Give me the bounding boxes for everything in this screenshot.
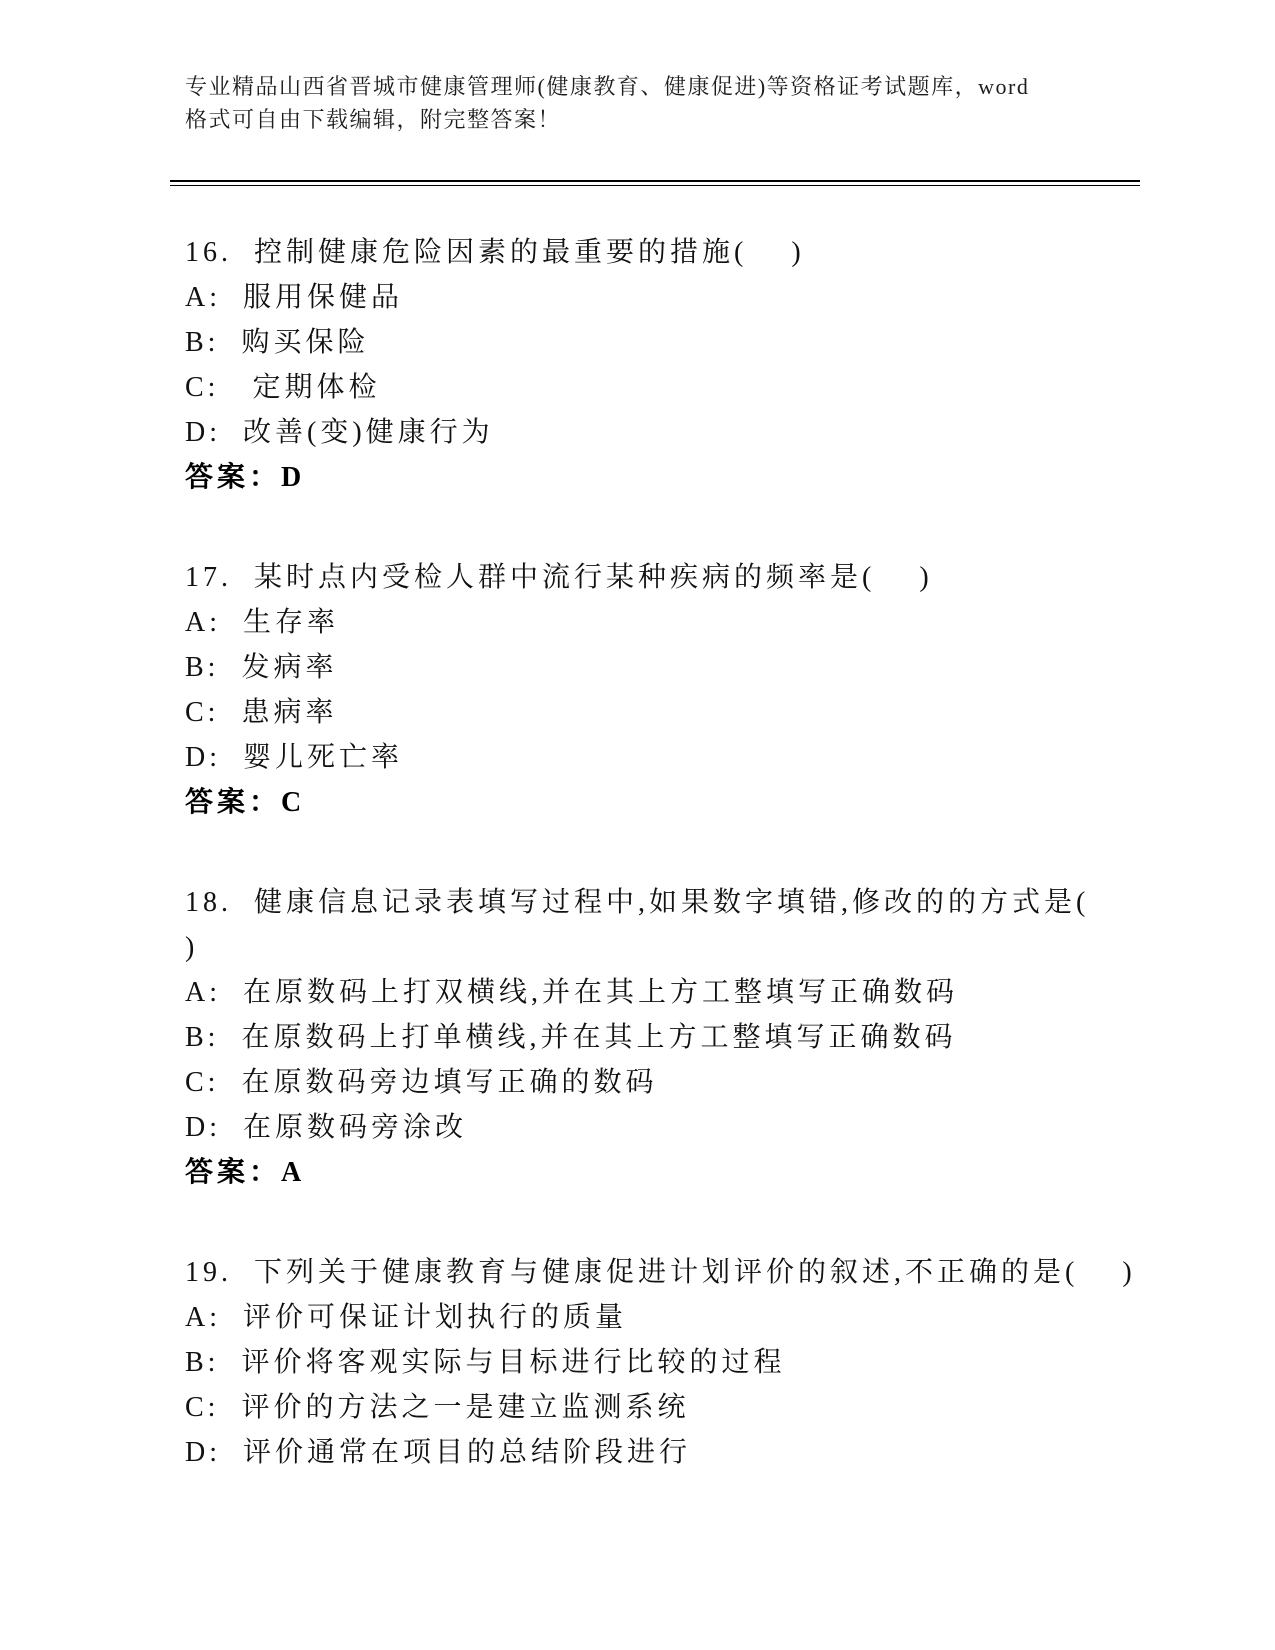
option-line: B: 发病率 [185,645,1140,690]
question-title: 16. 控制健康危险因素的最重要的措施( ) [185,230,1140,275]
question-title-line: 17. 某时点内受检人群中流行某种疾病的频率是( ) [185,555,1140,600]
question-options: A: 评价可保证计划执行的质量B: 评价将客观实际与目标进行比较的过程C: 评价… [185,1295,1140,1475]
option-line: A: 服用保健品 [185,275,1140,320]
option-line: B: 在原数码上打单横线,并在其上方工整填写正确数码 [185,1015,1140,1060]
option-line: D: 在原数码旁涂改 [185,1105,1140,1150]
header-double-rule [170,180,1140,186]
question-title-line: 19. 下列关于健康教育与健康促进计划评价的叙述,不正确的是( ) [185,1250,1140,1295]
option-line: A: 在原数码上打双横线,并在其上方工整填写正确数码 [185,970,1140,1015]
question-block: 17. 某时点内受检人群中流行某种疾病的频率是( ) A: 生存率B: 发病率C… [185,555,1140,825]
option-line: C: 患病率 [185,690,1140,735]
question-title: 17. 某时点内受检人群中流行某种疾病的频率是( ) [185,555,1140,600]
question-block: 16. 控制健康危险因素的最重要的措施( ) A: 服用保健品B: 购买保险C:… [185,230,1140,500]
option-line: C: 在原数码旁边填写正确的数码 [185,1060,1140,1105]
question-title-line: 16. 控制健康危险因素的最重要的措施( ) [185,230,1140,275]
answer-line: 答案：A [185,1150,1140,1195]
question-block: 19. 下列关于健康教育与健康促进计划评价的叙述,不正确的是( ) A: 评价可… [185,1250,1140,1475]
header-line: 格式可自由下载编辑，附完整答案！ [185,103,1140,136]
question-title: 18. 健康信息记录表填写过程中,如果数字填错,修改的的方式是() [185,880,1140,970]
answer-line: 答案：D [185,455,1140,500]
option-line: D: 婴儿死亡率 [185,735,1140,780]
option-line: A: 生存率 [185,600,1140,645]
option-line: A: 评价可保证计划执行的质量 [185,1295,1140,1340]
questions-list: 16. 控制健康危险因素的最重要的措施( ) A: 服用保健品B: 购买保险C:… [185,230,1140,1475]
header-line: 专业精品山西省晋城市健康管理师(健康教育、健康促进)等资格证考试题库，word [185,70,1140,103]
option-line: B: 评价将客观实际与目标进行比较的过程 [185,1340,1140,1385]
question-options: A: 服用保健品B: 购买保险C: 定期体检D: 改善(变)健康行为 [185,275,1140,455]
question-block: 18. 健康信息记录表填写过程中,如果数字填错,修改的的方式是() A: 在原数… [185,880,1140,1195]
question-options: A: 在原数码上打双横线,并在其上方工整填写正确数码B: 在原数码上打单横线,并… [185,970,1140,1150]
option-line: D: 改善(变)健康行为 [185,410,1140,455]
answer-line: 答案：C [185,780,1140,825]
option-line: C: 评价的方法之一是建立监测系统 [185,1385,1140,1430]
question-title: 19. 下列关于健康教育与健康促进计划评价的叙述,不正确的是( ) [185,1250,1140,1295]
option-line: D: 评价通常在项目的总结阶段进行 [185,1430,1140,1475]
question-title-line: ) [185,925,1140,970]
question-title-line: 18. 健康信息记录表填写过程中,如果数字填错,修改的的方式是( [185,880,1140,925]
document-header: 专业精品山西省晋城市健康管理师(健康教育、健康促进)等资格证考试题库，word … [185,70,1140,136]
option-line: C: 定期体检 [185,365,1140,410]
option-line: B: 购买保险 [185,320,1140,365]
question-options: A: 生存率B: 发病率C: 患病率D: 婴儿死亡率 [185,600,1140,780]
document-page: { "header": { "lines": [ "专业精品山西省晋城市健康管理… [0,0,1275,1650]
page-content: 专业精品山西省晋城市健康管理师(健康教育、健康促进)等资格证考试题库，word … [0,0,1275,1475]
